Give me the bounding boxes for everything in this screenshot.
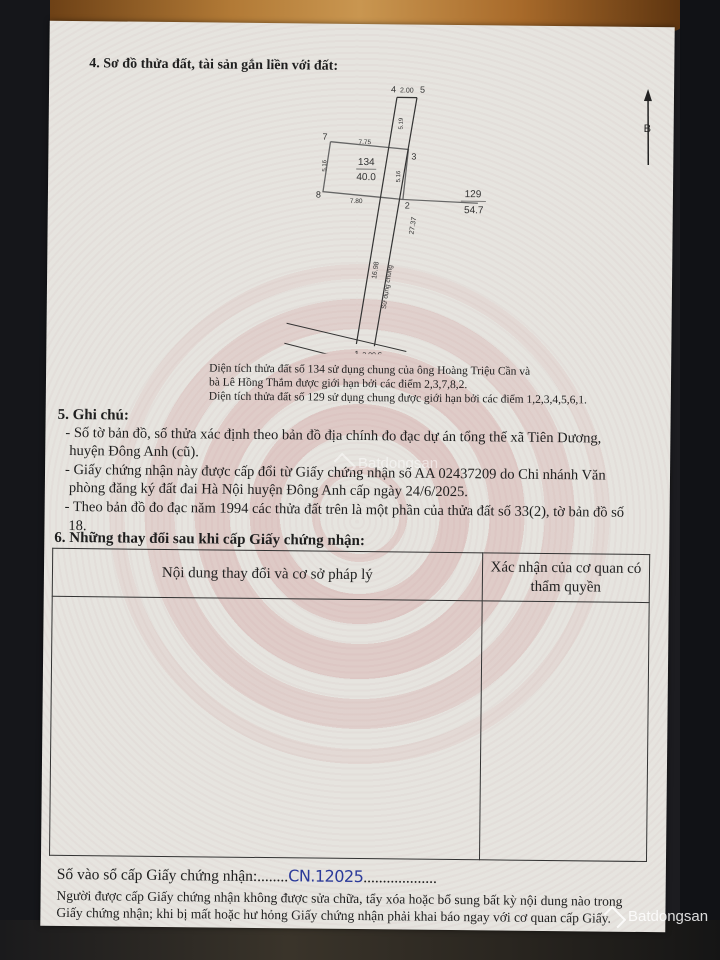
registry-number-value: CN.12025 — [288, 866, 363, 886]
batdongsan-watermark-center: Batdongsan — [335, 455, 438, 472]
svg-text:5.19: 5.19 — [399, 117, 405, 129]
column-header-confirmation: Xác nhận của cơ quan có thẩm quyền — [482, 553, 650, 603]
svg-text:7.80: 7.80 — [350, 198, 363, 205]
point-4: 4 — [391, 84, 396, 94]
svg-text:16.98: 16.98 — [371, 261, 381, 279]
point-2: 2 — [405, 200, 410, 210]
section-5-title: 5. Ghi chú: — [58, 406, 129, 426]
batdongsan-logo-icon — [604, 906, 627, 929]
north-label: B — [644, 123, 651, 135]
point-8: 8 — [316, 190, 321, 200]
north-arrow-icon: B — [638, 87, 659, 167]
point-7: 7 — [323, 132, 328, 142]
land-certificate-page: 4. Sơ đồ thửa đất, tài sản gắn liền với … — [40, 21, 674, 932]
svg-text:27.37: 27.37 — [409, 216, 419, 234]
parcel-134-area: 40.0 — [356, 172, 376, 183]
registry-number-line: Số vào sổ cấp Giấy chứng nhận:........CN… — [57, 864, 437, 888]
point-3: 3 — [411, 152, 416, 162]
footer-notice: Người được cấp Giấy chứng nhận không đượ… — [56, 887, 622, 927]
dark-background-right — [680, 0, 720, 960]
batdongsan-watermark-corner: Batdongsan — [605, 908, 708, 925]
parcel-129-area: 54.7 — [464, 205, 484, 216]
svg-text:5.16: 5.16 — [322, 159, 328, 171]
svg-text:7.75: 7.75 — [358, 139, 371, 146]
svg-text:5.16: 5.16 — [396, 170, 402, 182]
batdongsan-logo-icon — [334, 453, 357, 476]
parcel-134-number: 134 — [358, 157, 375, 168]
registry-label: Số vào sổ cấp Giấy chứng nhận: — [57, 866, 258, 885]
confirmation-cell — [479, 601, 649, 862]
shared-use-label: Sử dụng chung — [380, 264, 395, 310]
point-5: 5 — [420, 85, 425, 95]
svg-text:2.00: 2.00 — [400, 87, 414, 94]
column-header-content: Nội dung thay đổi và cơ sở pháp lý — [52, 548, 482, 600]
changes-content-cell — [50, 596, 483, 859]
note-line-2: huyện Đông Anh (cũ). — [69, 442, 199, 462]
changes-table: Nội dung thay đổi và cơ sở pháp lý Xác n… — [49, 548, 650, 862]
parcel-diagram: 4 2.00 5 7 7.75 3 134 40.0 8 7.80 2 129 … — [276, 73, 509, 355]
parcel-129-number: 129 — [465, 189, 482, 200]
